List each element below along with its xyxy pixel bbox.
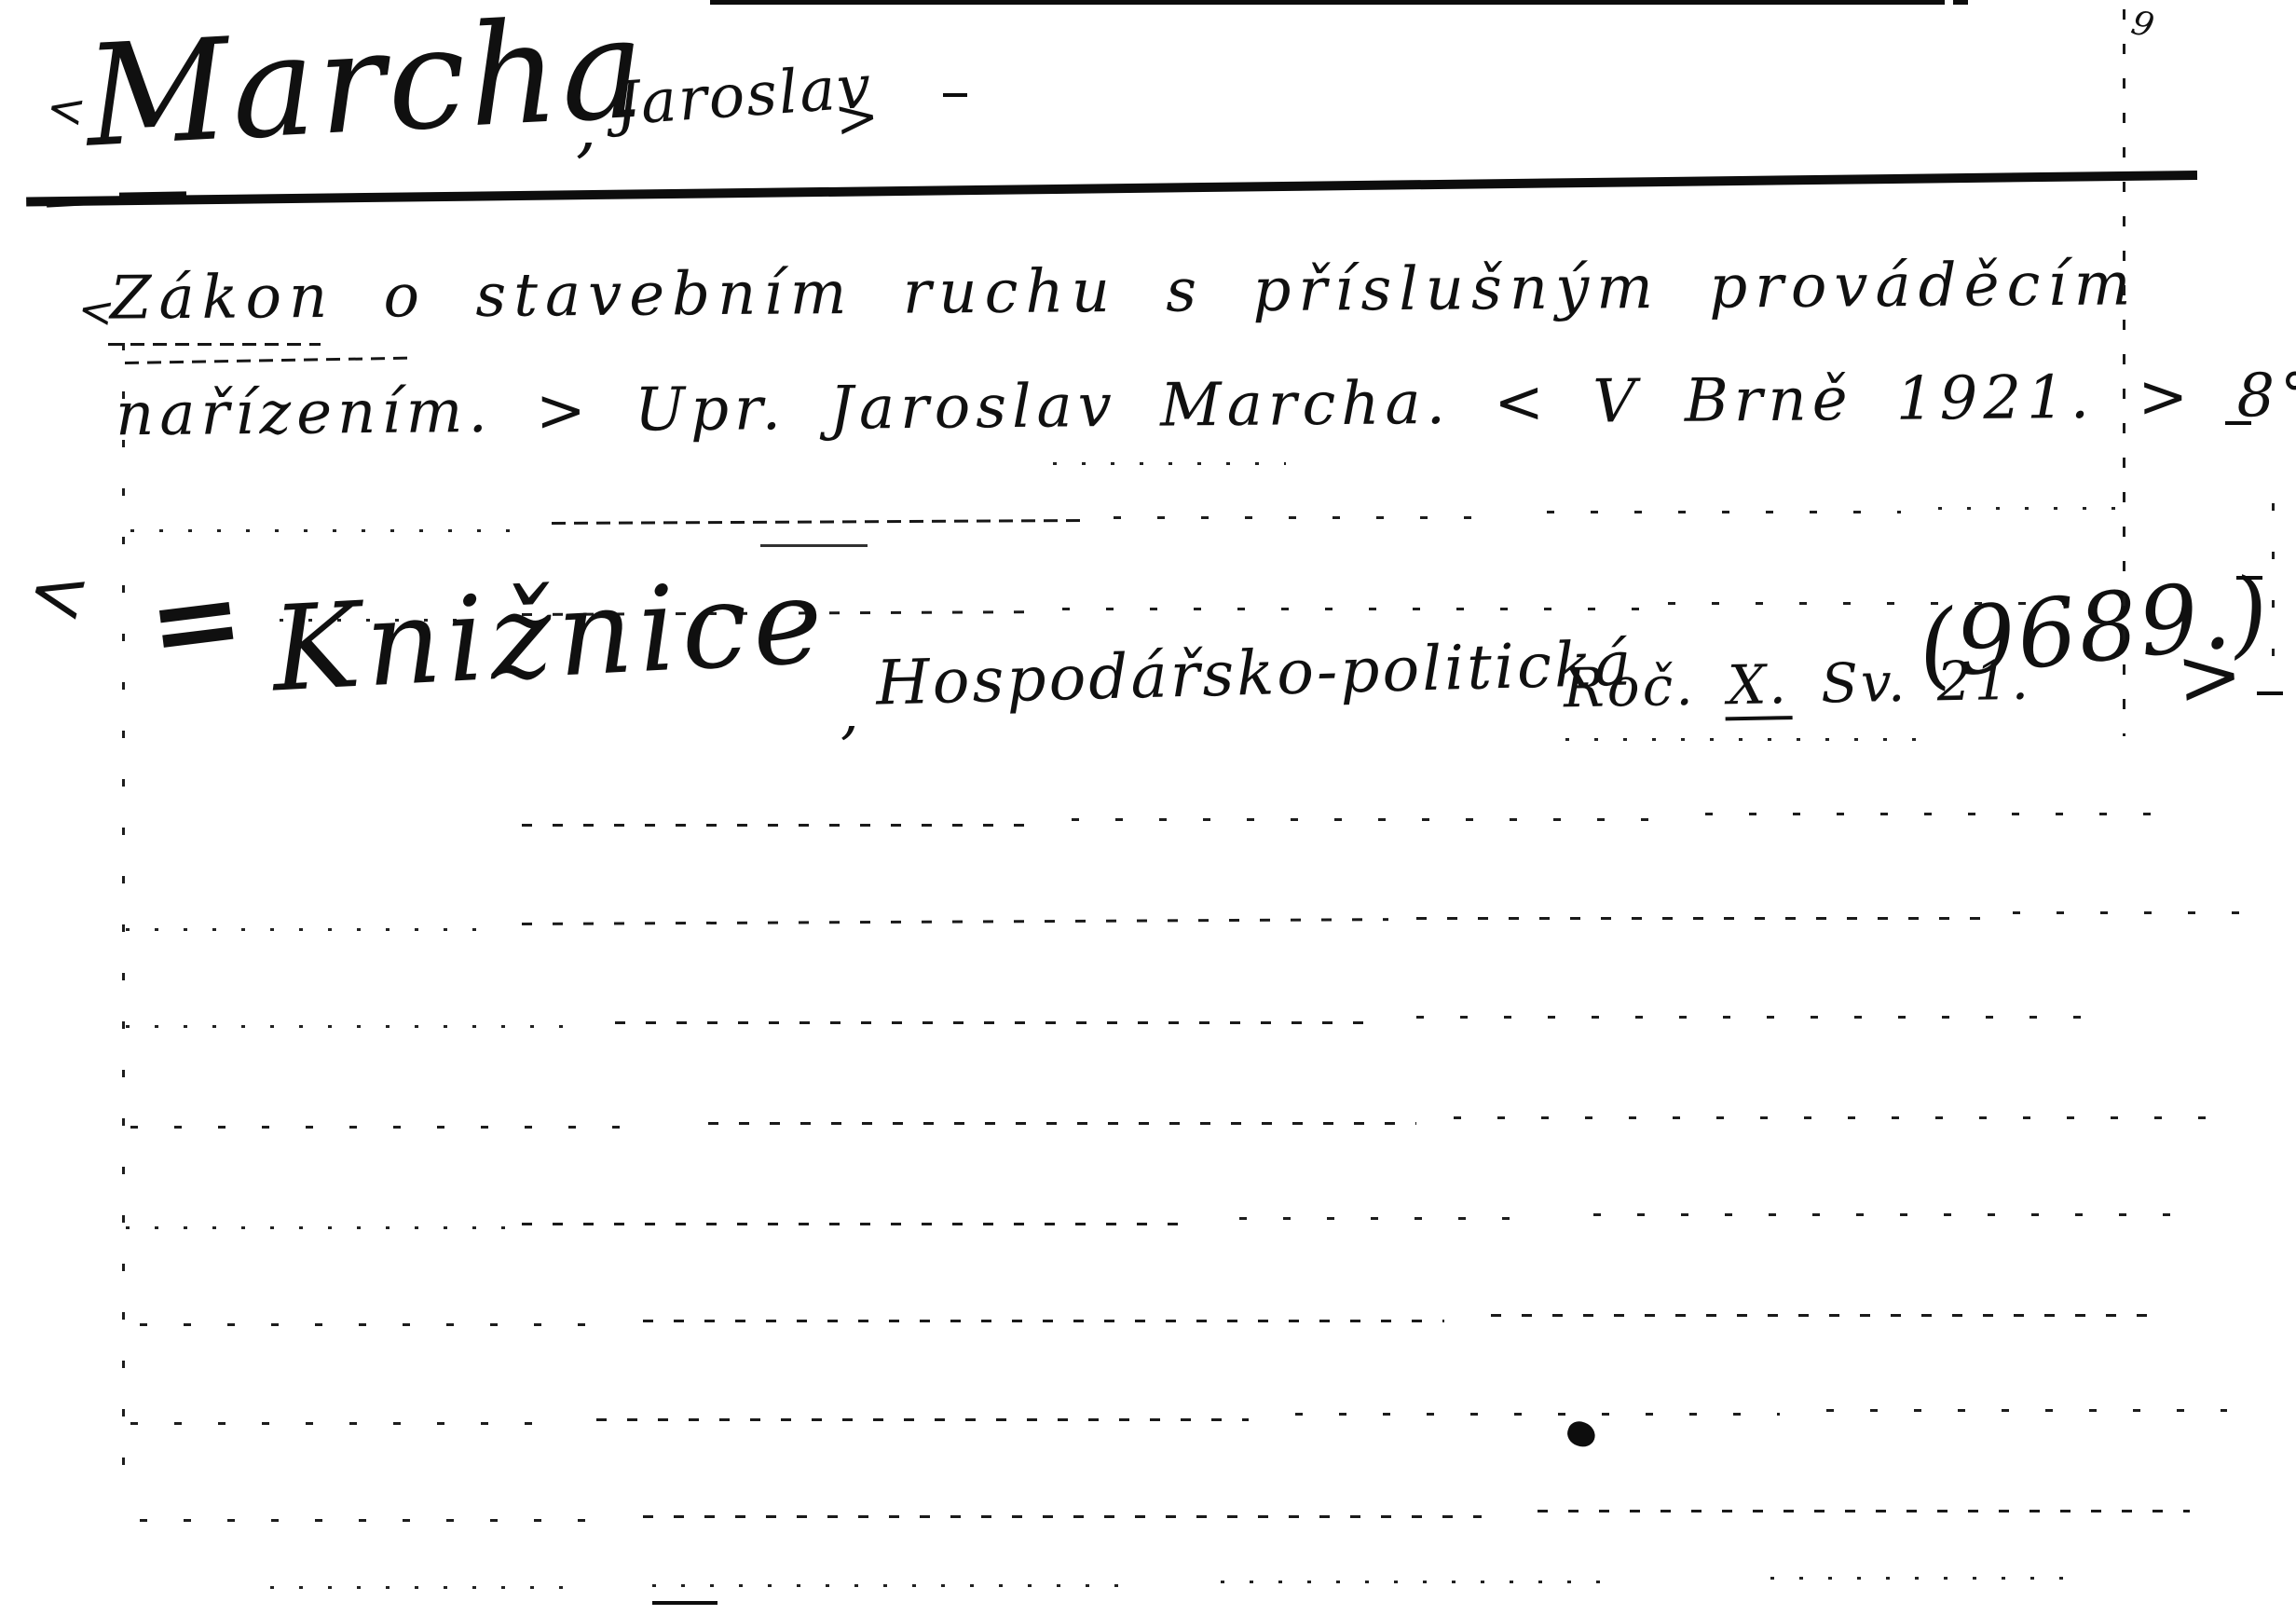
- heading-comma: ,: [576, 89, 596, 166]
- ink-blot: [1564, 1418, 1598, 1451]
- title-line2: nařízením. > Upr. Jaroslav Marcha. < V B…: [116, 362, 2296, 450]
- ruled-line: [522, 1223, 1193, 1225]
- ruled-line: [1491, 1314, 2162, 1317]
- ruled-line: [130, 1422, 540, 1425]
- mark-before-format: >: [2138, 363, 2193, 432]
- series-margin-mark: <: [19, 545, 98, 641]
- heading-open-mark: <: [42, 79, 89, 139]
- underline-zakon: [108, 343, 321, 346]
- ruled-line: [130, 1126, 652, 1129]
- editor-surname: Marcha.: [1160, 369, 1451, 441]
- underline-marcha: [1053, 462, 1286, 465]
- ruled-line: [140, 1323, 587, 1326]
- ruled-line: [126, 1025, 573, 1028]
- ruled-line: [126, 1226, 517, 1229]
- heading-rule-start-dash2: [119, 191, 186, 199]
- bottom-short-dash: [652, 1601, 717, 1605]
- ruled-line: [1062, 608, 1640, 610]
- right-edge-rule: [2272, 503, 2275, 671]
- right-edge-tick: [2225, 421, 2251, 425]
- title-line2-word1: nařízením.: [116, 377, 493, 450]
- left-margin-rule: [122, 343, 125, 1471]
- ruled-line: [1239, 1217, 1537, 1220]
- ruled-line: [1938, 507, 2125, 510]
- ruled-line: [126, 928, 499, 931]
- series-equals-mark: =: [142, 550, 251, 691]
- ruled-line: [596, 1418, 1249, 1421]
- ruled-line: [1826, 1409, 2227, 1412]
- right-edge-tick: [2236, 576, 2262, 580]
- top-edge-line: [710, 0, 1945, 5]
- heading-rule: [26, 171, 2197, 206]
- ruled-line: [1114, 516, 1505, 519]
- ruled-line: [522, 824, 1025, 827]
- series-close-mark: >: [2174, 628, 2246, 724]
- top-edge-line-dot: [1953, 0, 1968, 5]
- ruled-line: [1416, 1016, 2087, 1019]
- imprint: V Brně 1921.: [1592, 363, 2095, 437]
- ruled-line: [615, 1021, 1379, 1024]
- ruled-line: [130, 529, 531, 532]
- heading-tick: [943, 93, 967, 97]
- catalog-card: 9 < Marcha , Jaroslav > < Zákon o staveb…: [0, 0, 2296, 1615]
- ruled-line: [2013, 911, 2274, 914]
- underline-numbering: [1565, 738, 1938, 741]
- title-line1: Zákon o stavebním ruchu s příslušným pro…: [110, 250, 2139, 333]
- editor-statement: Upr. Jaroslav: [635, 372, 1117, 445]
- ruled-line: [1072, 818, 1668, 821]
- ruled-line: [708, 1122, 1416, 1125]
- ruled-line: [1295, 1413, 1780, 1416]
- right-edge-tick: [2257, 691, 2283, 695]
- ruled-line: [1770, 1577, 2069, 1580]
- series-subtitle: Hospodářsko-politická: [875, 627, 1634, 719]
- heading-close-mark: >: [832, 86, 881, 151]
- heading-surname: Marcha: [82, 0, 651, 179]
- ruled-line: [140, 1519, 587, 1522]
- artifact-dash-line: [125, 357, 416, 364]
- ruled-line: [1221, 1581, 1612, 1583]
- corner-mark: 9: [2127, 4, 2157, 46]
- mark-before-editor: >: [536, 376, 592, 446]
- series-word: Knižnice: [269, 552, 831, 718]
- right-margin-rule: [2123, 9, 2125, 736]
- ruled-line: [1547, 511, 1901, 513]
- ruled-line: [643, 1515, 1482, 1518]
- ruled-line: [1454, 1116, 2218, 1119]
- ruled-line: [1705, 813, 2171, 815]
- ruled-line: [1593, 1213, 2171, 1216]
- ruled-line-short: [760, 544, 868, 547]
- ruled-line: [522, 918, 1388, 925]
- title-line1-rest: o stavebním ruchu s příslušným prováděcí…: [383, 250, 2138, 331]
- ruled-line: [643, 1320, 1444, 1322]
- ruled-line: [1537, 1510, 2190, 1512]
- title-line1-word1: Zákon: [110, 263, 335, 334]
- ruled-line: [270, 1586, 568, 1589]
- mark-before-imprint: <: [1494, 368, 1550, 438]
- series-volume-roman: X.: [1724, 652, 1792, 720]
- series-comma: ,: [840, 678, 859, 746]
- ruled-line: [1416, 917, 1994, 920]
- ruled-line: [652, 1584, 1137, 1587]
- ruled-line: [552, 519, 1087, 525]
- series-numbering-pre: Roč.: [1563, 654, 1696, 719]
